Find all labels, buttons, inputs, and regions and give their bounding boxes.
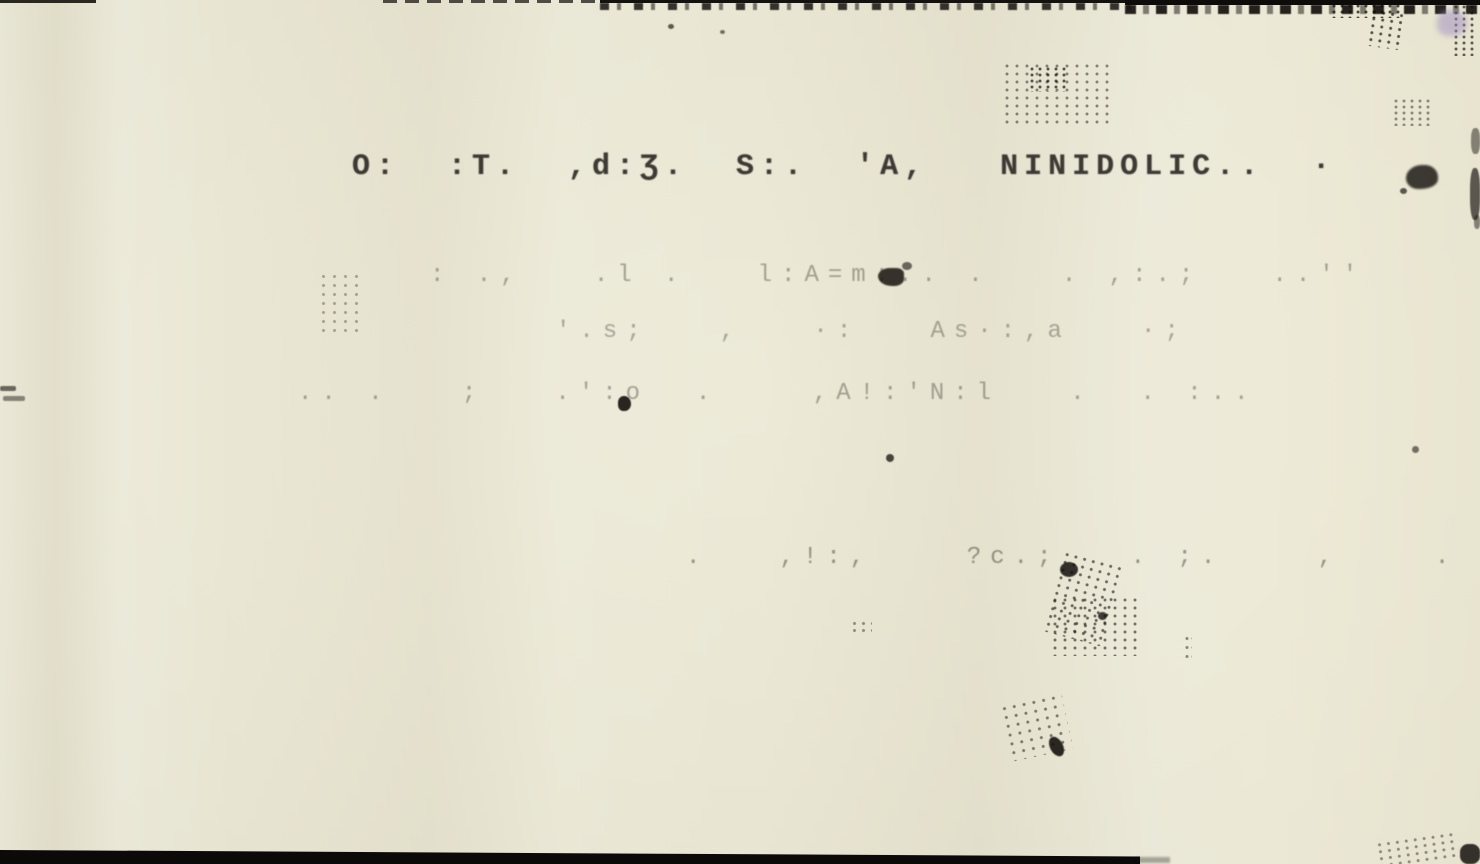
scan-edge-top-mid [600, 0, 1140, 3]
edge-mark [3, 396, 25, 401]
edge-mark [1474, 215, 1480, 229]
ink-speck-cluster [1392, 98, 1432, 126]
ink-speck-cluster [1028, 66, 1068, 92]
ink-speck-cluster [1366, 8, 1405, 50]
ink-dot [720, 30, 725, 34]
bleedthrough-line-3: '.s; , ·: As·:,a ·; [556, 318, 1188, 345]
ink-speck-cluster [1184, 634, 1192, 662]
ink-dot [668, 24, 674, 29]
ink-dot [886, 454, 894, 462]
scan-edge-top-mid-left [383, 0, 605, 3]
scan-edge-top-left [0, 0, 96, 3]
ink-dot [1400, 188, 1407, 194]
ink-speck-cluster [850, 620, 872, 634]
purple-smudge [1437, 10, 1467, 36]
scan-edge-top-right [1125, 0, 1480, 5]
ink-blot [1460, 844, 1480, 864]
edge-mark [0, 386, 16, 391]
scan-edge-bottom-tail [1136, 857, 1170, 863]
bleedthrough-headline: O: :T. ,d:Ʒ. S:. 'A, NINIDOLIC.. · [352, 150, 1336, 184]
ink-dot [1098, 612, 1107, 620]
ink-blot [1406, 165, 1438, 189]
ink-speck-cluster [1375, 830, 1462, 864]
edge-mark [1470, 168, 1480, 220]
ink-blot [878, 268, 904, 286]
ink-blot [618, 396, 631, 411]
scanned-page: O: :T. ,d:Ʒ. S:. 'A, NINIDOLIC.. · : ., … [0, 0, 1480, 864]
ink-dot [902, 262, 912, 270]
ink-dot [1412, 446, 1419, 453]
ink-blot [1060, 562, 1078, 577]
bleedthrough-line-4: .. . ; .':o . ,A!:'N:l . . :.. [298, 380, 1258, 407]
ink-speck-cluster [1050, 596, 1140, 656]
edge-mark [1471, 128, 1480, 154]
scan-edge-bottom [0, 846, 1140, 864]
ink-speck-cluster [318, 272, 366, 334]
